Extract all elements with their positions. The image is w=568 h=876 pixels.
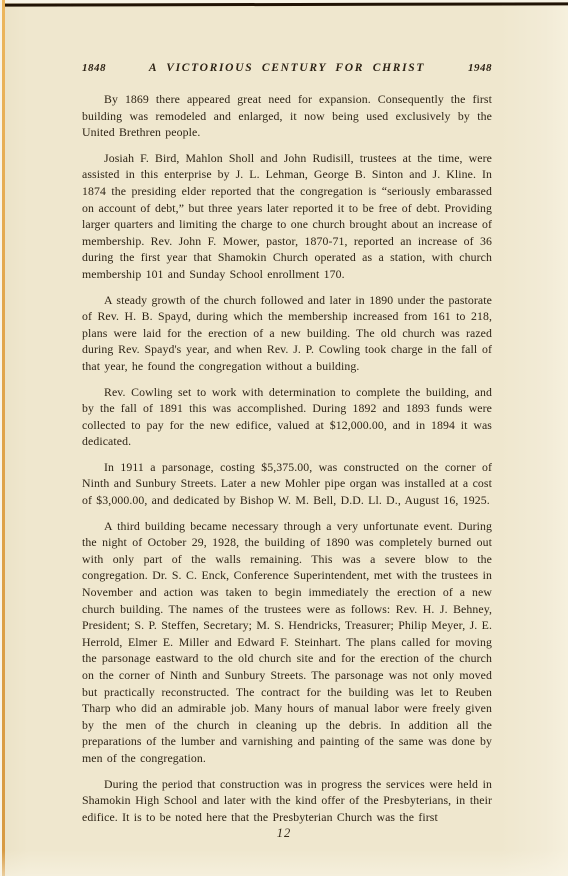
page-left-edge-gilt-line bbox=[2, 0, 5, 876]
body-paragraph: Rev. Cowling set to work with determinat… bbox=[82, 384, 492, 450]
page-number: 12 bbox=[0, 826, 568, 841]
body-paragraph: A steady growth of the church followed a… bbox=[82, 292, 492, 375]
body-paragraph: Josiah F. Bird, Mahlon Sholl and John Ru… bbox=[82, 150, 492, 283]
text-column: 1848 A VICTORIOUS CENTURY FOR CHRIST 194… bbox=[82, 0, 492, 825]
scanned-book-page: 1848 A VICTORIOUS CENTURY FOR CHRIST 194… bbox=[0, 0, 568, 876]
body-paragraph: In 1911 a parsonage, costing $5,375.00, … bbox=[82, 459, 492, 509]
body-paragraph: During the period that construction was … bbox=[82, 776, 492, 826]
header-year-right: 1948 bbox=[433, 62, 492, 74]
header-year-left: 1848 bbox=[82, 62, 141, 74]
running-header: 1848 A VICTORIOUS CENTURY FOR CHRIST 194… bbox=[82, 62, 492, 74]
body-paragraph: By 1869 there appeared great need for ex… bbox=[82, 91, 492, 141]
body-paragraph: A third building became necessary throug… bbox=[82, 518, 492, 767]
running-title: A VICTORIOUS CENTURY FOR CHRIST bbox=[141, 62, 433, 74]
page-body: By 1869 there appeared great need for ex… bbox=[82, 91, 492, 825]
